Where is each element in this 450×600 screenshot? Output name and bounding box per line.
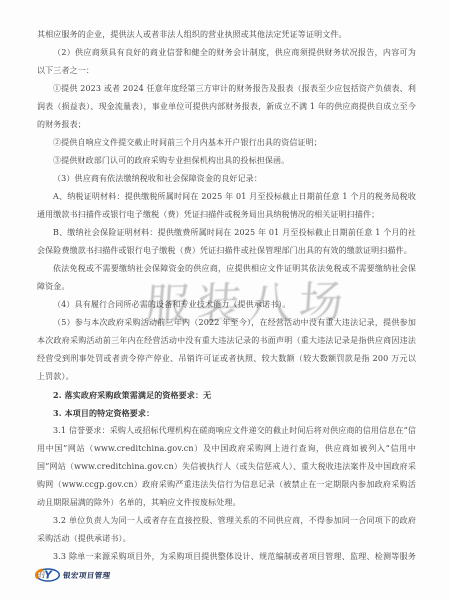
document-page: 其相应服务的企业，提供法人或者非法人组织的营业执照或其他法定凭证等证明文件。 （… bbox=[0, 0, 450, 600]
doc-paragraph: 其相应服务的企业，提供法人或者非法人组织的营业执照或其他法定凭证等证明文件。 bbox=[37, 26, 416, 44]
logo-swoosh-icon: Y bbox=[35, 567, 61, 583]
document-body: 其相应服务的企业，提供法人或者非法人组织的营业执照或其他法定凭证等证明文件。 （… bbox=[37, 26, 416, 584]
doc-paragraph: 3.1 信誉要求：采购人或招标代理机构在磋商响应文件递交的截止时间后将对供应商的… bbox=[37, 422, 416, 512]
logo-wordmark: 银宏项目管理 bbox=[62, 570, 111, 581]
doc-heading-specific-requirements: 3. 本项目的特定资格要求： bbox=[37, 404, 416, 422]
doc-paragraph: （3）供应商有依法缴纳税收和社会保障资金的良好记录： bbox=[37, 170, 416, 188]
doc-paragraph: ③提供财政部门认可的政府采购专业担保机构出具的投标担保函。 bbox=[37, 152, 416, 170]
doc-paragraph: A、纳税证明材料：提供缴税所属时间在 2025 年 01 月至投标截止日期前任意… bbox=[37, 188, 416, 224]
footer-logo: Y 银宏项目管理 bbox=[35, 567, 110, 583]
doc-paragraph: ②提供自响应文件提交截止时间前三个月内基本开户银行出具的资信证明； bbox=[37, 134, 416, 152]
logo-letter: Y bbox=[44, 570, 53, 582]
doc-paragraph: （4）具有履行合同所必需的设备和专业技术能力（提供承诺书）。 bbox=[37, 296, 416, 314]
doc-paragraph: 3.2 单位负责人为同一人或者存在直接控股、管理关系的不同供应商，不得参加同一合… bbox=[37, 512, 416, 548]
doc-paragraph: B、缴纳社会保险证明材料：提供缴费所属时间在 2025 年 01 月至投标截止日… bbox=[37, 224, 416, 260]
doc-paragraph: （2）供应商须具有良好的商业信誉和健全的财务会计制度，供应商须提供财务状况报告，… bbox=[37, 44, 416, 80]
doc-paragraph: 依法免税或不需要缴纳社会保障资金的供应商，应提供相应文件证明其依法免税或不需要缴… bbox=[37, 260, 416, 296]
doc-paragraph: （5）参与本次政府采购活动前三年内（2022 年至今），在经营活动中没有重大违法… bbox=[37, 314, 416, 386]
doc-paragraph: ①提供 2023 或者 2024 任意年度经第三方审计的财务报告及报表（报表至少… bbox=[37, 80, 416, 134]
doc-heading-policy-requirements: 2. 落实政府采购政策需满足的资格要求：无 bbox=[37, 386, 416, 404]
